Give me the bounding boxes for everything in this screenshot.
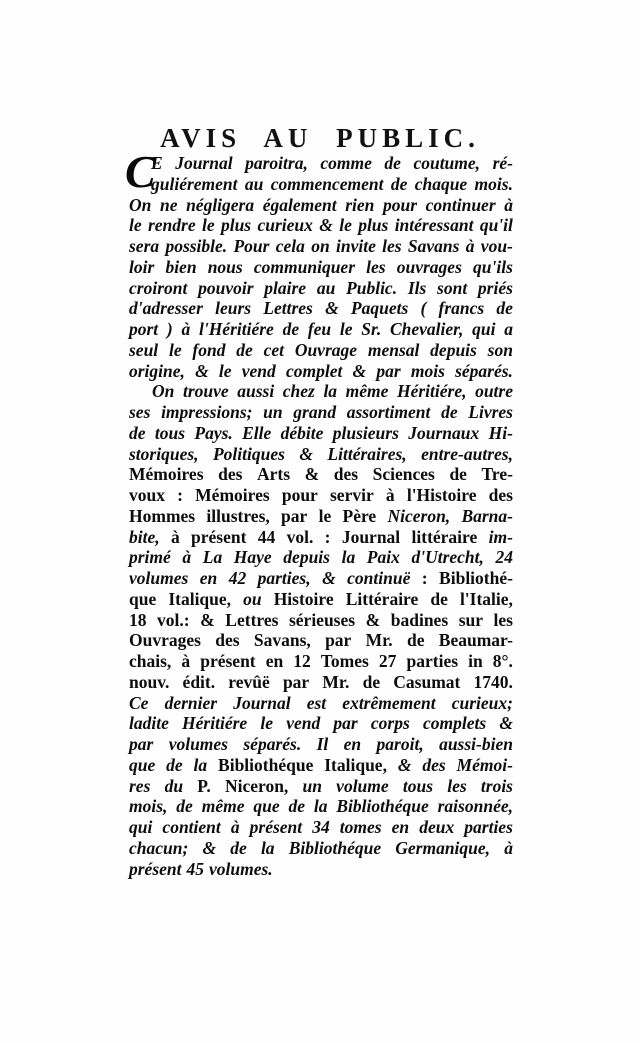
word: Savans, bbox=[254, 630, 311, 651]
word: rendre bbox=[148, 215, 196, 236]
word: à bbox=[231, 817, 240, 838]
word: ) bbox=[167, 319, 173, 340]
word: in bbox=[468, 651, 483, 672]
word: paroitra, bbox=[245, 153, 308, 174]
word: Lettres bbox=[225, 610, 278, 631]
word: 45 bbox=[187, 859, 205, 880]
word: ouvrages bbox=[397, 257, 462, 278]
word: séparés. bbox=[455, 361, 513, 382]
text-line: voux:Mémoirespourserviràl'Histoiredes bbox=[129, 485, 513, 506]
word: à bbox=[182, 547, 191, 568]
word: séparés. bbox=[243, 734, 301, 755]
word: l'Histoire bbox=[407, 485, 477, 506]
word: ladite bbox=[129, 713, 169, 734]
text-line: Onnenégligeraégalementrienpourcontinuerà bbox=[129, 195, 513, 216]
word: rien bbox=[345, 195, 374, 216]
word: a bbox=[504, 319, 513, 340]
word: tous bbox=[155, 423, 185, 444]
word: plusieurs bbox=[333, 423, 399, 444]
word: un bbox=[303, 776, 322, 797]
word: présent bbox=[250, 817, 303, 838]
word: des bbox=[489, 485, 513, 506]
text-line: seullefonddecetOuvragemensaldepuisson bbox=[129, 340, 513, 361]
text-line: quicontientàprésent34tomesendeuxparties bbox=[129, 817, 513, 838]
word: qui bbox=[129, 817, 152, 838]
word: vend bbox=[286, 713, 320, 734]
word: qu'il bbox=[480, 215, 513, 236]
word: curieux; bbox=[452, 693, 513, 714]
word: priés bbox=[478, 278, 513, 299]
word: parties, bbox=[258, 568, 311, 589]
word: que bbox=[129, 589, 156, 610]
word: 24 bbox=[495, 547, 513, 568]
word: res bbox=[129, 776, 150, 797]
word: un bbox=[263, 402, 282, 423]
word: Elle bbox=[242, 423, 271, 444]
word: les bbox=[494, 610, 513, 631]
word: badines bbox=[391, 610, 448, 631]
word: leurs bbox=[215, 298, 251, 319]
word: des bbox=[215, 630, 239, 651]
word: édit. bbox=[183, 672, 216, 693]
word: voux bbox=[129, 485, 165, 506]
word: contient bbox=[162, 817, 220, 838]
word: cet bbox=[264, 340, 284, 361]
word: par bbox=[281, 506, 307, 527]
word: des bbox=[422, 755, 445, 776]
text-line: guliérementaucommencementdechaquemois. bbox=[129, 174, 513, 195]
text-line: resduP.Niceron,unvolumetouslestrois bbox=[129, 776, 513, 797]
word: Mr. bbox=[366, 630, 393, 651]
word: port bbox=[129, 319, 158, 340]
word: Savans bbox=[408, 236, 460, 257]
text-line: chacun;&delaBibliothéqueGermanique,à bbox=[129, 838, 513, 859]
word: par bbox=[333, 713, 357, 734]
word: Hi- bbox=[489, 423, 513, 444]
text-line: d'adresserleursLettres&Paquets(francsde bbox=[129, 298, 513, 319]
word: de bbox=[236, 340, 253, 361]
word: qui bbox=[472, 319, 495, 340]
word: en bbox=[344, 734, 362, 755]
word: Politiques bbox=[213, 444, 285, 465]
word: volume bbox=[336, 776, 389, 797]
word: Ouvrage bbox=[295, 340, 357, 361]
word: origine, bbox=[129, 361, 185, 382]
word: curieux bbox=[257, 215, 312, 236]
word: Héritiére bbox=[182, 713, 247, 734]
word: francs bbox=[439, 298, 485, 319]
word: le bbox=[202, 215, 215, 236]
word: bien bbox=[165, 257, 196, 278]
word: le bbox=[319, 506, 332, 527]
text-line: laditeHéritiérelevendparcorpscomplets& bbox=[129, 713, 513, 734]
word: ré- bbox=[493, 153, 513, 174]
word: sérieuses bbox=[289, 610, 355, 631]
word: primé bbox=[129, 547, 171, 568]
word: de bbox=[430, 589, 448, 610]
word: : bbox=[325, 527, 331, 548]
word: ( bbox=[420, 298, 426, 319]
word: le bbox=[339, 215, 352, 236]
word: mensal bbox=[368, 340, 420, 361]
word: 44 bbox=[258, 527, 276, 548]
text-line: MémoiresdesArts&desSciencesdeTre- bbox=[129, 464, 513, 485]
word: vol.: bbox=[157, 610, 190, 631]
word: débite bbox=[281, 423, 324, 444]
word: depuis bbox=[430, 340, 477, 361]
word: Italique, bbox=[324, 755, 387, 776]
word: possible. bbox=[165, 236, 227, 257]
word: Il bbox=[317, 734, 329, 755]
word: parties bbox=[407, 651, 459, 672]
word: présent bbox=[191, 527, 246, 548]
word: & bbox=[353, 361, 367, 382]
word: pour bbox=[383, 195, 417, 216]
word: Chevalier, bbox=[390, 319, 463, 340]
text-line: detousPays.ElledébiteplusieursJournauxHi… bbox=[129, 423, 513, 444]
word: Public. bbox=[346, 278, 397, 299]
word: le bbox=[340, 319, 353, 340]
word: que bbox=[129, 755, 155, 776]
text-line: OntrouveaussichezlamêmeHéritiére,outre bbox=[129, 381, 513, 402]
word: Pays. bbox=[194, 423, 232, 444]
word: même bbox=[346, 381, 389, 402]
word: & bbox=[499, 713, 513, 734]
page-title: AVIS AU PUBLIC. bbox=[0, 124, 640, 152]
word: chacun; bbox=[129, 838, 188, 859]
word: 18 bbox=[129, 610, 147, 631]
word: guliérement bbox=[151, 174, 238, 195]
text-line: lerendrelepluscurieux&leplusintéressantq… bbox=[129, 215, 513, 236]
word: & bbox=[398, 755, 412, 776]
word: d'Utrecht, bbox=[411, 547, 483, 568]
word: 8°. bbox=[493, 651, 513, 672]
word: de bbox=[496, 298, 513, 319]
word: on bbox=[311, 236, 329, 257]
text-line: présent45volumes. bbox=[129, 859, 513, 880]
word: ses bbox=[129, 402, 150, 423]
word: Père bbox=[343, 506, 377, 527]
word: Ouvrages bbox=[129, 630, 201, 651]
word: de bbox=[391, 174, 408, 195]
word: impressions; bbox=[161, 402, 252, 423]
word: fond bbox=[192, 340, 225, 361]
word: pouvoir bbox=[198, 278, 253, 299]
word: Bibliothéque bbox=[336, 796, 428, 817]
word: Germanique, bbox=[395, 838, 490, 859]
word: qu'ils bbox=[473, 257, 513, 278]
word: en bbox=[392, 817, 410, 838]
word: le bbox=[219, 361, 232, 382]
text-line: loirbiennouscommuniquerlesouvragesqu'ils bbox=[129, 257, 513, 278]
word: bite, bbox=[129, 527, 160, 548]
text-line: priméàLaHayedepuislaPaixd'Utrecht,24 bbox=[129, 547, 513, 568]
word: trois bbox=[481, 776, 513, 797]
word: de bbox=[441, 402, 458, 423]
text-line: EJournalparoitra,commedecoutume,ré- bbox=[129, 153, 513, 174]
word: Haye bbox=[234, 547, 272, 568]
text-line: queItalique,ouHistoireLittérairedel'Ital… bbox=[129, 589, 513, 610]
word: mois. bbox=[475, 174, 513, 195]
word: pour bbox=[282, 485, 318, 506]
word: commencement bbox=[271, 174, 384, 195]
word: Niceron, bbox=[225, 776, 288, 797]
word: sont bbox=[437, 278, 467, 299]
word: raisonnée, bbox=[438, 796, 513, 817]
text-line: serapossible.PourcelaoninvitelesSavansàv… bbox=[129, 236, 513, 257]
text-line: croirontpouvoirplaireauPublic.Ilssontpri… bbox=[129, 278, 513, 299]
word: outre bbox=[475, 381, 513, 402]
word: le bbox=[129, 215, 142, 236]
word: depuis bbox=[283, 547, 330, 568]
word: Tre- bbox=[482, 464, 513, 485]
word: au bbox=[317, 278, 335, 299]
word: On bbox=[152, 381, 174, 402]
word: à bbox=[466, 236, 475, 257]
word: & bbox=[299, 444, 313, 465]
word: & bbox=[322, 568, 336, 589]
word: Bibliothéque bbox=[218, 755, 313, 776]
word: continuë bbox=[347, 568, 410, 589]
word: en bbox=[266, 651, 284, 672]
word: 34 bbox=[312, 817, 330, 838]
word: & bbox=[200, 610, 215, 631]
word: servir bbox=[330, 485, 374, 506]
word: Journal bbox=[233, 693, 290, 714]
word: même bbox=[202, 796, 245, 817]
word: chez bbox=[283, 381, 315, 402]
word: communiquer bbox=[254, 257, 355, 278]
word: Lettres bbox=[263, 298, 313, 319]
word: chais, bbox=[129, 651, 171, 672]
word: invite bbox=[336, 236, 376, 257]
word: revûë bbox=[228, 672, 269, 693]
word: On bbox=[129, 195, 151, 216]
word: intéressant bbox=[395, 215, 474, 236]
word: mois, bbox=[129, 796, 167, 817]
word: continuer bbox=[426, 195, 496, 216]
word: par bbox=[376, 361, 400, 382]
word: parties bbox=[464, 817, 513, 838]
word: sera bbox=[129, 236, 159, 257]
word: La bbox=[203, 547, 222, 568]
word: nouv. bbox=[129, 672, 169, 693]
word: 27 bbox=[379, 651, 397, 672]
word: Mémoi- bbox=[457, 755, 513, 776]
word: à bbox=[504, 838, 513, 859]
word: chaque bbox=[415, 174, 468, 195]
word: des bbox=[334, 464, 358, 485]
text-line: 18vol.:&Lettressérieuses&badinessurles bbox=[129, 610, 513, 631]
word: 1740. bbox=[474, 672, 513, 693]
text-line: sesimpressions;ungrandassortimentdeLivre… bbox=[129, 402, 513, 423]
word: Mr. bbox=[322, 672, 349, 693]
word: feu bbox=[308, 319, 331, 340]
word: aussi-bien bbox=[439, 734, 513, 755]
word: P. bbox=[197, 776, 210, 797]
word: Arts bbox=[257, 464, 290, 485]
word: de bbox=[166, 755, 183, 776]
word: de bbox=[176, 796, 193, 817]
word: d'adresser bbox=[129, 298, 203, 319]
word: par bbox=[129, 734, 153, 755]
text-line: mois,demêmequedelaBibliothéqueraisonnée, bbox=[129, 796, 513, 817]
word: la bbox=[323, 381, 337, 402]
word: corps bbox=[371, 713, 410, 734]
word: le bbox=[169, 340, 182, 361]
text-line: Hommesillustres,parlePèreNiceron,Barna- bbox=[129, 506, 513, 527]
body-text: C EJournalparoitra,commedecoutume,ré-gul… bbox=[129, 153, 513, 879]
word: de bbox=[363, 672, 381, 693]
word: littéraire bbox=[412, 527, 478, 548]
word: par bbox=[283, 672, 309, 693]
word: Littéraire bbox=[346, 589, 419, 610]
word: mois bbox=[411, 361, 445, 382]
word: storiques, bbox=[129, 444, 199, 465]
word: & bbox=[319, 215, 333, 236]
word: au bbox=[245, 174, 263, 195]
word: dernier bbox=[165, 693, 218, 714]
word: & bbox=[202, 838, 216, 859]
word: les bbox=[366, 257, 385, 278]
word: seul bbox=[129, 340, 158, 361]
word: est bbox=[307, 693, 326, 714]
word: Ce bbox=[129, 693, 148, 714]
word: volumes bbox=[129, 568, 188, 589]
word: vol. bbox=[287, 527, 314, 548]
word: Tomes bbox=[321, 651, 369, 672]
text-line: bite,àprésent44vol.:Journallittéraireim- bbox=[129, 527, 513, 548]
word: tomes bbox=[340, 817, 382, 838]
word: de bbox=[283, 319, 300, 340]
word: trouve bbox=[183, 381, 229, 402]
word: vend bbox=[242, 361, 276, 382]
word: des bbox=[218, 464, 242, 485]
text-line: OuvragesdesSavans,parMr.deBeaumar- bbox=[129, 630, 513, 651]
word: du bbox=[165, 776, 183, 797]
word: Italique, bbox=[168, 589, 231, 610]
word: ou bbox=[243, 589, 261, 610]
word: 42 bbox=[229, 568, 247, 589]
word: Ils bbox=[408, 278, 426, 299]
word: plus bbox=[221, 215, 251, 236]
word: entre-autres, bbox=[421, 444, 513, 465]
word: la bbox=[342, 547, 356, 568]
word: Littéraires, bbox=[327, 444, 406, 465]
text-line: storiques,Politiques&Littéraires,entre-a… bbox=[129, 444, 513, 465]
text-line: origine,&levendcomplet&parmoisséparés. bbox=[129, 361, 513, 382]
word: & bbox=[366, 610, 381, 631]
word: à bbox=[171, 527, 180, 548]
word: Mémoires bbox=[129, 464, 204, 485]
word: à bbox=[504, 195, 513, 216]
word: Mémoires bbox=[195, 485, 270, 506]
word: : bbox=[177, 485, 183, 506]
word: la bbox=[261, 838, 275, 859]
word: Bibliothéque bbox=[289, 838, 381, 859]
word: Livres bbox=[468, 402, 513, 423]
word: tous bbox=[403, 776, 433, 797]
word: son bbox=[488, 340, 513, 361]
word: croiront bbox=[129, 278, 187, 299]
word: également bbox=[263, 195, 337, 216]
word: négligera bbox=[186, 195, 254, 216]
word: Bibliothé- bbox=[439, 568, 513, 589]
text-line: chais,àprésenten12Tomes27partiesin8°. bbox=[129, 651, 513, 672]
word: deux bbox=[419, 817, 454, 838]
word: à bbox=[181, 651, 190, 672]
word: Hommes bbox=[129, 506, 195, 527]
word: Beaumar- bbox=[439, 630, 513, 651]
text-line: nouv.édit.revûëparMr.deCasumat1740. bbox=[129, 672, 513, 693]
word: Paix bbox=[367, 547, 400, 568]
word: de bbox=[230, 838, 247, 859]
text-line: parvolumesséparés.Ilenparoit,aussi-bien bbox=[129, 734, 513, 755]
word: paroit, bbox=[377, 734, 424, 755]
word: que bbox=[253, 796, 279, 817]
word: cela bbox=[276, 236, 305, 257]
word: grand bbox=[293, 402, 336, 423]
word: aussi bbox=[237, 381, 274, 402]
word: la bbox=[314, 796, 328, 817]
word: sur bbox=[459, 610, 483, 631]
word: Journal bbox=[175, 153, 232, 174]
word: de bbox=[129, 423, 146, 444]
word: la bbox=[194, 755, 208, 776]
word: de bbox=[449, 464, 467, 485]
word: de bbox=[288, 796, 305, 817]
word: Sr. bbox=[361, 319, 381, 340]
word: en bbox=[200, 568, 218, 589]
word: de bbox=[407, 630, 425, 651]
text-line: volumesen42parties,&continuë:Bibliothé- bbox=[129, 568, 513, 589]
word: & bbox=[325, 298, 339, 319]
word: volumes. bbox=[209, 859, 273, 880]
word: le bbox=[260, 713, 273, 734]
word: complet bbox=[286, 361, 342, 382]
word: assortiment bbox=[347, 402, 431, 423]
word: Journal bbox=[342, 527, 400, 548]
word: Histoire bbox=[274, 589, 334, 610]
word: comme bbox=[320, 153, 372, 174]
word: Barna- bbox=[461, 506, 513, 527]
word: Casumat bbox=[393, 672, 460, 693]
word: illustres, bbox=[206, 506, 269, 527]
word: l'Italie, bbox=[460, 589, 513, 610]
word: vou- bbox=[481, 236, 513, 257]
word: les bbox=[382, 236, 401, 257]
word: Pour bbox=[233, 236, 269, 257]
word: im- bbox=[489, 527, 513, 548]
word: présent bbox=[200, 651, 255, 672]
word: & bbox=[195, 361, 209, 382]
word: Sciences bbox=[373, 464, 435, 485]
word: 12 bbox=[293, 651, 311, 672]
word: par bbox=[325, 630, 351, 651]
text-line: port)àl'HéritiéredefeuleSr.Chevalier,qui… bbox=[129, 319, 513, 340]
word: plaire bbox=[264, 278, 306, 299]
word: l'Héritiére bbox=[199, 319, 274, 340]
word: complets bbox=[423, 713, 486, 734]
word: & bbox=[305, 464, 320, 485]
word: nous bbox=[208, 257, 243, 278]
word: : bbox=[422, 568, 428, 589]
word: présent bbox=[129, 859, 182, 880]
word: les bbox=[447, 776, 466, 797]
document-page: AVIS AU PUBLIC. C EJournalparoitra,comme… bbox=[0, 0, 640, 1043]
word: à bbox=[386, 485, 395, 506]
word: Journaux bbox=[408, 423, 479, 444]
